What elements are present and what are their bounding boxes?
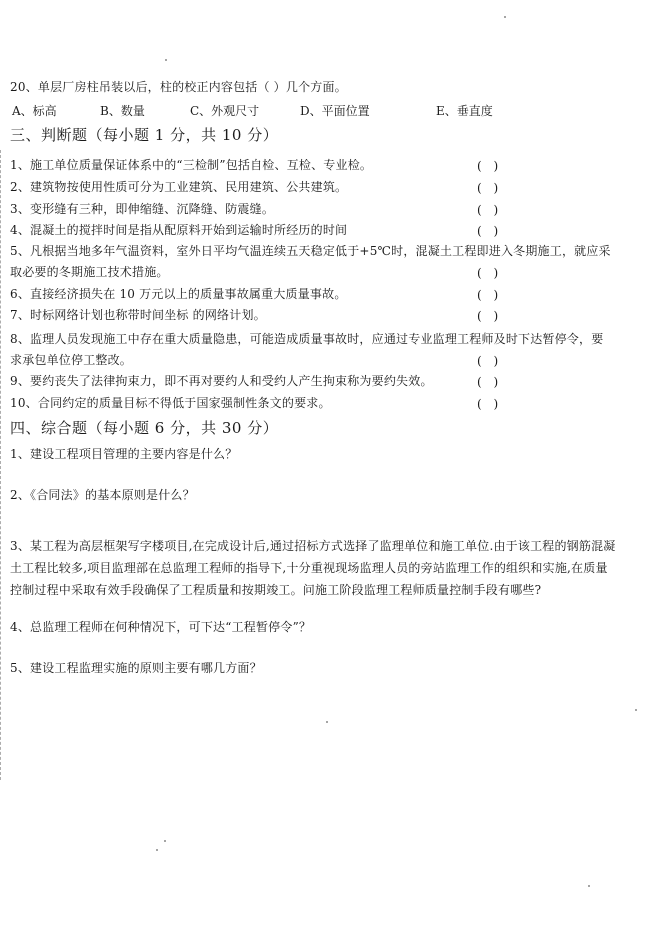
comprehensive-question-1: 1、建设工程项目管理的主要内容是什么？ [10,446,237,462]
answer-blank-1: ( ) [477,158,498,174]
answer-blank-8: ( ) [477,353,498,369]
judge-item-3: 3、变形缝有三种，即伸缩缝、沉降缝、防震缝。 [10,201,274,217]
scan-speck [165,59,167,61]
option-a: A、标高 [12,103,57,119]
scan-speck [326,721,328,723]
question-20-stem: 20、单层厂房柱吊装以后，柱的校正内容包括（ ）几个方面。 [10,79,347,95]
judge-item-6: 6、直接经济损失在 10 万元以上的质量事故属重大质量事故。 [10,286,347,302]
scan-speck [156,849,158,851]
comprehensive-question-3-line3: 控制过程中采取有效手段确保了工程质量和按期竣工。问施工阶段监理工程师质量控制手段… [10,582,541,598]
judge-item-7: 7、时标网络计划也称带时间坐标 的网络计划。 [10,307,266,323]
judge-item-4: 4、混凝土的搅拌时间是指从配原料开始到运输时所经历的时间 [10,222,347,238]
judge-item-5-line2: 取必要的冬期施工技术措施。 [10,264,169,280]
judge-item-8-line2: 求承包单位停工整改。 [10,352,132,368]
answer-blank-7: ( ) [477,308,498,324]
answer-blank-9: ( ) [477,374,498,390]
section-3-title: 三、判断题（每小题 1 分，共 10 分） [10,125,278,145]
answer-blank-2: ( ) [477,180,498,196]
section-4-title: 四、综合题（每小题 6 分，共 30 分） [10,418,278,438]
judge-item-10: 10、合同约定的质量目标不得低于国家强制性条文的要求。 [10,395,331,411]
answer-blank-5: ( ) [477,265,498,281]
option-b: B、数量 [100,103,145,119]
comprehensive-question-3-line2: 土工程比较多,项目监理部在总监理工程师的指导下,十分重视现场监理人员的旁站监理工… [10,560,608,576]
judge-item-8-line1: 8、监理人员发现施工中存在重大质量隐患，可能造成质量事故时，应通过专业监理工程师… [10,331,603,347]
scan-speck [588,885,590,887]
comprehensive-question-5: 5、建设工程监理实施的原则主要有哪几方面？ [10,660,262,676]
comprehensive-question-2: 2、《合同法》的基本原则是什么？ [10,487,195,503]
option-e: E、垂直度 [436,103,493,119]
judge-item-5-line1: 5、凡根据当地多年气温资料，室外日平均气温连续五天稳定低于+5℃时，混凝土工程即… [10,243,611,259]
comprehensive-question-4: 4、总监理工程师在何种情况下，可下达“工程暂停令”？ [10,619,311,635]
exam-page: 20、单层厂房柱吊装以后，柱的校正内容包括（ ）几个方面。 A、标高 B、数量 … [0,0,650,938]
judge-item-9: 9、要约丧失了法律拘束力，即不再对要约人和受约人产生拘束称为要约失效。 [10,373,433,389]
option-d: D、平面位置 [300,103,370,119]
answer-blank-10: ( ) [477,396,498,412]
judge-item-1: 1、施工单位质量保证体系中的“三检制”包括自检、互检、专业检。 [10,157,372,173]
answer-blank-6: ( ) [477,287,498,303]
scan-speck [504,16,506,18]
judge-item-2: 2、建筑物按使用性质可分为工业建筑、民用建筑、公共建筑。 [10,179,347,195]
scan-speck [164,840,166,842]
scan-edge-divider [0,150,2,780]
answer-blank-3: ( ) [477,202,498,218]
option-c: C、外观尺寸 [190,103,259,119]
scan-speck [635,709,637,711]
answer-blank-4: ( ) [477,223,498,239]
comprehensive-question-3-line1: 3、某工程为高层框架写字楼项目,在完成设计后,通过招标方式选择了监理单位和施工单… [10,538,615,554]
